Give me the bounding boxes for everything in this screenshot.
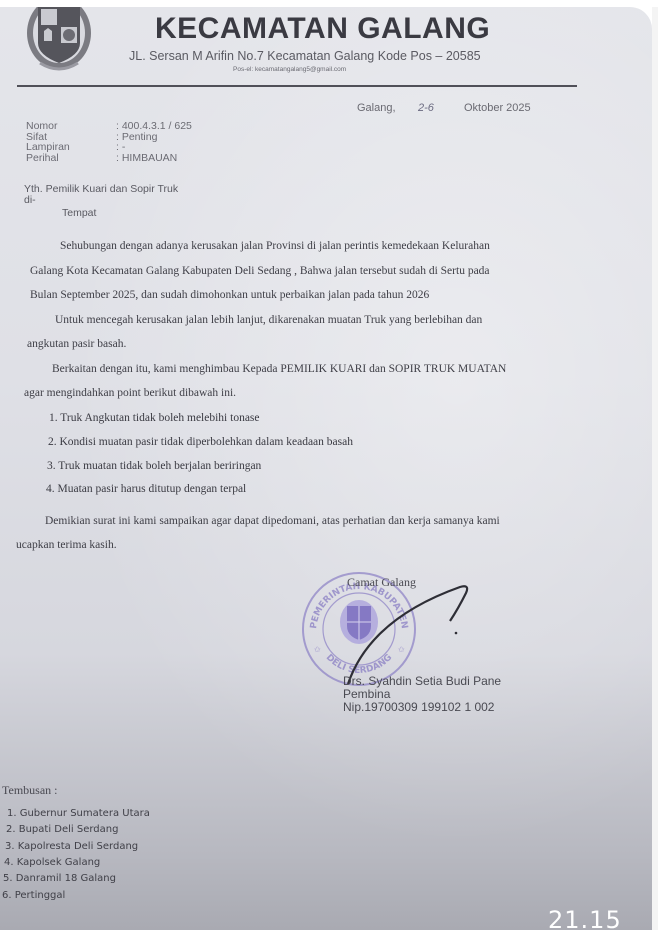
signatory-position: Camat Galang [347,575,416,590]
paragraph-1-line: Bulan September 2025, dan sudah dimohonk… [30,289,429,301]
signatory-name: Drs. Syahdin Setia Budi Pane [343,674,501,688]
date-day: 2-6 [418,102,434,114]
status-bar-time: 21.15 [548,906,622,930]
tembusan-item: 5. Danramil 18 Galang [3,873,116,884]
meta-perihal: Perihal: HIMBAUAN [26,153,177,164]
paragraph-2-line: angkutan pasir basah. [27,338,126,350]
signature-scribble-icon [340,579,480,689]
date-place: Galang, [357,102,396,114]
point-item: 4. Muatan pasir harus ditutup dengan ter… [46,483,246,495]
tembusan-item: 1. Gubernur Sumatera Utara [7,808,150,819]
point-item: 2. Kondisi muatan pasir tidak diperboleh… [48,436,353,448]
letterhead-title: KECAMATAN GALANG [155,12,490,46]
closing-line: Demikian surat ini kami sampaikan agar d… [45,515,500,527]
paragraph-3-line: agar mengindahkan point berikut dibawah … [24,387,236,399]
tembusan-item: 3. Kapolresta Deli Serdang [5,841,138,852]
regency-emblem-icon [24,7,94,75]
paragraph-1-line: Galang Kota Kecamatan Galang Kabupaten D… [30,265,490,277]
paragraph-2-line: Untuk mencegah kerusakan jalan lebih lan… [55,314,482,326]
meta-nomor: Nomor: 400.4.3.1 / 625 [26,121,192,132]
point-item: 1. Truk Angkutan tidak boleh melebihi to… [49,412,260,424]
svg-text:✩: ✩ [314,645,321,654]
closing-line: ucapkan terima kasih. [16,539,117,551]
tembusan-item: 6. Pertinggal [2,890,65,901]
recipient-line: Yth. Pemilik Kuari dan Sopir Truk [24,183,178,195]
letterhead-email: Pos-el: kecamatangalang5@gmail.com [233,66,346,73]
signatory-rank: Pembina [343,687,390,701]
paragraph-1-line: Sehubungan dengan adanya kerusakan jalan… [60,240,490,252]
document-photo: KECAMATAN GALANG JL. Sersan M Arifin No.… [0,7,652,930]
tembusan-item: 4. Kapolsek Galang [4,857,100,868]
recipient-tempat: Tempat [62,207,96,219]
date-month-year: Oktober 2025 [464,102,531,114]
letterhead-divider [17,85,577,87]
screen-edge [652,7,658,930]
recipient-di: di- [24,194,36,206]
point-item: 3. Truk muatan tidak boleh berjalan beri… [47,460,261,472]
tembusan-item: 2. Bupati Deli Serdang [6,824,118,835]
letterhead-address: JL. Sersan M Arifin No.7 Kecamatan Galan… [129,49,481,63]
signatory-nip: Nip.19700309 199102 1 002 [343,700,494,714]
tembusan-title: Tembusan : [2,783,57,798]
paragraph-3-line: Berkaitan dengan itu, kami menghimbau Ke… [52,363,506,375]
